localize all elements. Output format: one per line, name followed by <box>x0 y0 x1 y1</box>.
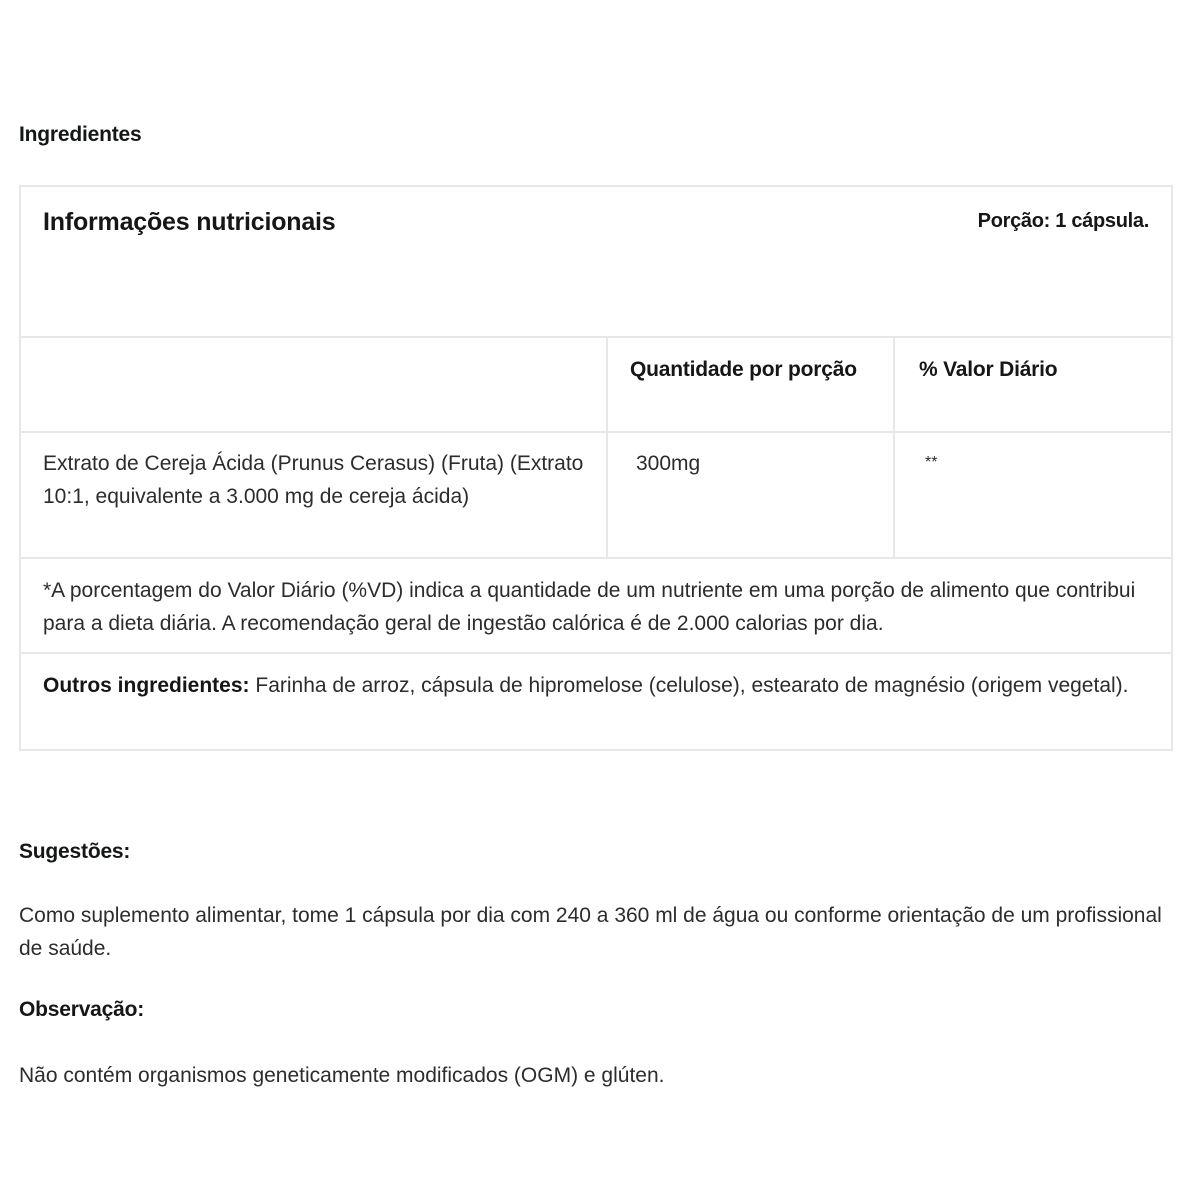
nutrition-facts-table: Informações nutricionais Porção: 1 cápsu… <box>19 185 1173 751</box>
ingredients-heading: Ingredientes <box>19 123 141 147</box>
ingredient-amount: 300mg <box>608 433 895 557</box>
other-ingredients-text: Farinha de arroz, cápsula de hipromelose… <box>250 674 1129 697</box>
other-ingredients: Outros ingredientes: Farinha de arroz, c… <box>21 654 1171 749</box>
ingredient-name: Extrato de Cereja Ácida (Prunus Cerasus)… <box>21 433 608 557</box>
column-header-daily-value: % Valor Diário <box>895 338 1171 431</box>
observation-heading: Observação: <box>19 998 144 1022</box>
other-ingredients-label: Outros ingredientes: <box>43 674 250 697</box>
table-row: Extrato de Cereja Ácida (Prunus Cerasus)… <box>21 433 1171 559</box>
suggestions-heading: Sugestões: <box>19 840 130 864</box>
serving-size: Porção: 1 cápsula. <box>978 204 1149 336</box>
suggestions-text: Como suplemento alimentar, tome 1 cápsul… <box>19 899 1169 965</box>
table-title: Informações nutricionais <box>43 204 336 336</box>
table-title-row: Informações nutricionais Porção: 1 cápsu… <box>21 187 1171 338</box>
column-header-ingredient <box>21 338 608 431</box>
table-header-row: Quantidade por porção % Valor Diário <box>21 338 1171 433</box>
column-header-amount: Quantidade por porção <box>608 338 895 431</box>
ingredient-daily-value: ** <box>895 433 1171 557</box>
observation-text: Não contém organismos geneticamente modi… <box>19 1059 1169 1092</box>
daily-value-footnote: *A porcentagem do Valor Diário (%VD) ind… <box>21 559 1171 654</box>
